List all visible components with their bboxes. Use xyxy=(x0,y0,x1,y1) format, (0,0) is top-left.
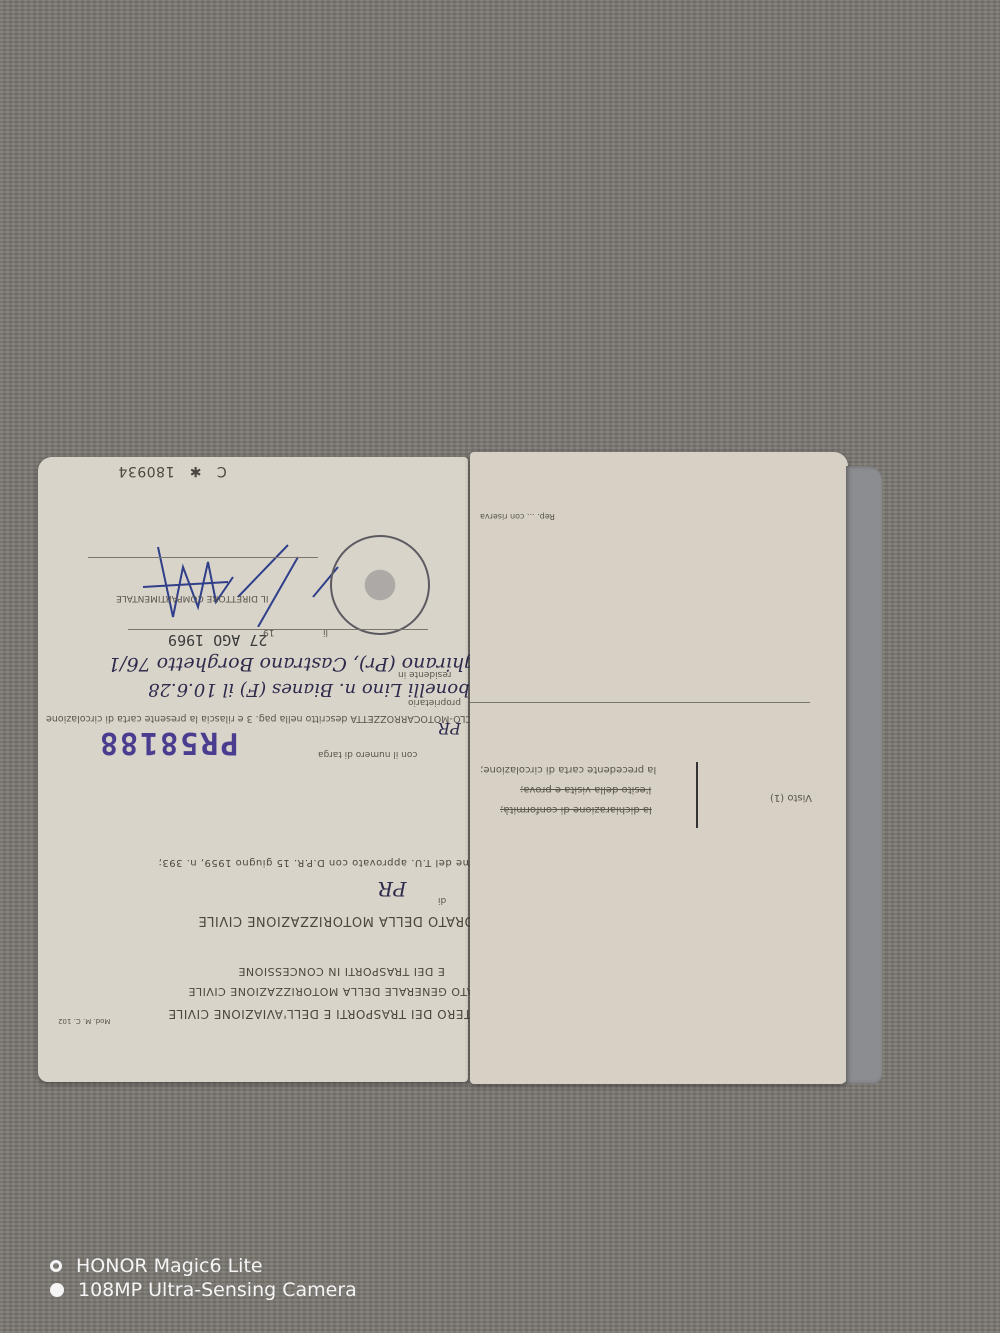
registration-document: C ✱ 180934 IL DIRETTORE COMPARTIMENTALE … xyxy=(38,452,880,1087)
visto-option-2: l'esito della visita e prova; xyxy=(520,784,651,795)
official-seal xyxy=(330,535,430,635)
ring-icon xyxy=(50,1260,62,1272)
plate-label: con il numero di targa xyxy=(318,749,417,759)
residence-line xyxy=(470,702,810,703)
vehicle-line: il (1) MOTOCICLO-MOTOCARROZZETTA descrit… xyxy=(46,713,535,724)
place-marker: li xyxy=(323,627,328,637)
header-line1: MINISTERO DEI TRASPORTI E DELL'AVIAZIONE… xyxy=(168,1007,508,1021)
visto-option-1: la dichiarazione di conformità; xyxy=(500,804,652,815)
header-line3: E DEI TRASPORTI IN CONCESSIONE xyxy=(238,965,445,978)
document-left-page: C ✱ 180934 IL DIRETTORE COMPARTIMENTALE … xyxy=(38,457,468,1082)
signatory-label: IL DIRETTORE COMPARTIMENTALE xyxy=(116,593,269,603)
signature-line xyxy=(88,557,318,558)
year-prefix: 19 xyxy=(263,627,274,637)
tax-stamp-note: Rep. ... con riserva xyxy=(480,512,555,521)
owner-label: proprietario xyxy=(408,697,461,707)
visto-brace xyxy=(696,762,698,828)
camera-spec: 108MP Ultra-Sensing Camera xyxy=(78,1279,357,1301)
issue-date-stamp: 27 AGO 1969 xyxy=(168,631,267,649)
camera-watermark-line1: HONOR Magic6 Lite xyxy=(50,1255,263,1277)
dot-icon xyxy=(50,1283,64,1297)
inspectorate-city-value: PR xyxy=(378,877,407,901)
residence-label: residente in xyxy=(398,669,451,679)
document-right-page: Rep. ... con riserva Imposta di bollo as… xyxy=(470,452,848,1084)
plate-number-stamp: PR58188 xyxy=(98,725,238,760)
camera-watermark-line2: 108MP Ultra-Sensing Camera xyxy=(50,1279,357,1301)
date-line xyxy=(128,629,428,630)
residence-value: Langhirano (Pr), Castrano Borghetto 76/1 xyxy=(108,653,512,675)
signature xyxy=(138,537,348,627)
visto-option-3: la precedente carta di circolazione; xyxy=(480,764,656,775)
visto-label: Visto (1) xyxy=(770,792,812,803)
province-value: PR xyxy=(438,719,461,738)
model-code: Mod. M. C. 102 xyxy=(58,1017,110,1025)
serial-number: C ✱ 180934 xyxy=(118,463,227,479)
inspectorate-di-label: di xyxy=(438,895,446,905)
camera-model: HONOR Magic6 Lite xyxy=(76,1255,263,1277)
document-cover-spine xyxy=(846,466,882,1084)
